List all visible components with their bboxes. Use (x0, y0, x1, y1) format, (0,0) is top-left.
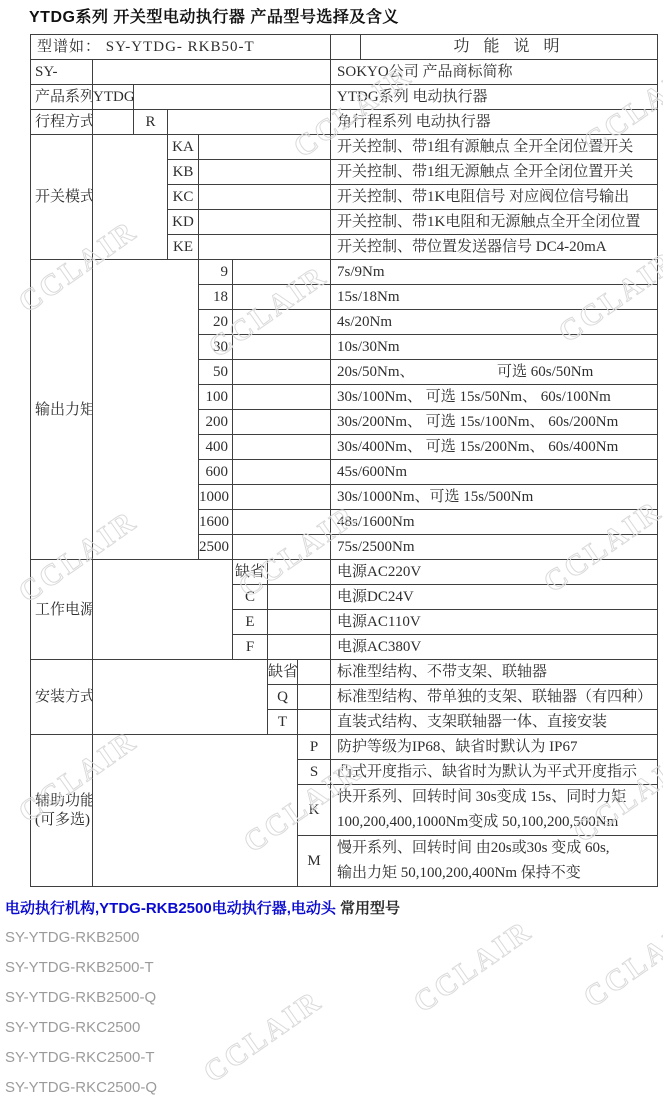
empty-cell (233, 335, 331, 360)
description-cell: 直装式结构、支架联轴器一体、直接安装 (331, 710, 658, 735)
code-cell: S (298, 760, 331, 785)
model-list-item: SY-YTDG-RKC2500-Q (5, 1073, 157, 1102)
page-title: YTDG系列 开关型电动执行器 产品型号选择及含义 (29, 4, 399, 27)
code-cell: 200 (199, 410, 233, 435)
empty-cell (298, 660, 331, 685)
empty-cell (233, 260, 331, 285)
empty-cell (168, 110, 331, 135)
empty-cell (233, 510, 331, 535)
empty-cell (268, 560, 331, 585)
watermark-text: CCLAIR (408, 914, 539, 1020)
category-cell: 输出力矩 (31, 260, 93, 560)
description-cell: 标准型结构、不带支架、联轴器 (331, 660, 658, 685)
description-line-1: 快开系列、回转时间 30s变成 15s、同时力矩 (337, 785, 657, 810)
category-cell: 工作电源 (31, 560, 93, 660)
code-cell: R (134, 110, 168, 135)
empty-cell (93, 110, 134, 135)
code-cell: 1600 (199, 510, 233, 535)
category-cell: 产品系列 (31, 85, 93, 110)
empty-cell (298, 685, 331, 710)
model-list: SY-YTDG-RKB2500 SY-YTDG-RKB2500-T SY-YTD… (5, 923, 157, 1102)
description-cell: 45s/600Nm (331, 460, 658, 485)
model-list-item: SY-YTDG-RKC2500 (5, 1013, 157, 1043)
category-cell: SY- (31, 60, 93, 85)
code-cell: YTDG (93, 85, 134, 110)
footer-heading: 电动执行机构,YTDG-RKB2500电动执行器,电动头 常用型号 (5, 897, 400, 918)
description-cell: YTDG系列 电动执行器 (331, 85, 658, 110)
code-cell: E (233, 610, 268, 635)
description-cell: 75s/2500Nm (331, 535, 658, 560)
empty-cell (134, 85, 331, 110)
description-cell: 电源AC220V (331, 560, 658, 585)
empty-cell (268, 635, 331, 660)
category-label-2: (可多选) (35, 811, 92, 830)
description-cell: 4s/20Nm (331, 310, 658, 335)
empty-cell (199, 185, 331, 210)
code-cell: C (233, 585, 268, 610)
model-list-item: SY-YTDG-RKB2500 (5, 923, 157, 953)
empty-cell (199, 135, 331, 160)
footer-keywords-link[interactable]: 电动执行机构,YTDG-RKB2500电动执行器,电动头 (5, 900, 336, 917)
code-cell: 600 (199, 460, 233, 485)
empty-cell (233, 535, 331, 560)
description-cell: 电源AC110V (331, 610, 658, 635)
code-cell: P (298, 735, 331, 760)
watermark-text: CCLAIR (578, 909, 663, 1015)
model-list-item: SY-YTDG-RKC2500-T (5, 1043, 157, 1073)
empty-cell (233, 360, 331, 385)
description-cell: 开关控制、带1组有源触点 全开全闭位置开关 (331, 135, 658, 160)
description-line-2: 100,200,400,1000Nm变成 50,100,200,500Nm (337, 810, 657, 835)
empty-cell (93, 660, 268, 735)
category-cell: 开关模式 (31, 135, 93, 260)
description-cell: 30s/200Nm、 可选 15s/100Nm、 60s/200Nm (331, 410, 658, 435)
code-cell: 50 (199, 360, 233, 385)
description-cell: 标准型结构、带单独的支架、联轴器（有四种） (331, 685, 658, 710)
code-cell: KB (168, 160, 199, 185)
empty-cell (268, 610, 331, 635)
empty-cell (93, 735, 298, 887)
model-list-item: SY-YTDG-RKB2500-T (5, 953, 157, 983)
header-model-example: 型谱如： SY-YTDG- RKB50-T (31, 35, 331, 60)
description-cell: 开关控制、带1组无源触点 全开全闭位置开关 (331, 160, 658, 185)
empty-cell (233, 385, 331, 410)
description-cell: SOKYO公司 产品商标简称 (331, 60, 658, 85)
code-cell: KA (168, 135, 199, 160)
category-cell: 行程方式 (31, 110, 93, 135)
code-cell: 18 (199, 285, 233, 310)
description-cell: 快开系列、回转时间 30s变成 15s、同时力矩100,200,400,1000… (331, 785, 658, 836)
footer-heading-suffix: 常用型号 (336, 900, 400, 917)
code-cell: M (298, 836, 331, 887)
description-cell: 开关控制、带1K电阻信号 对应阀位信号输出 (331, 185, 658, 210)
description-cell: 慢开系列、回转时间 由20s或30s 变成 60s,输出力矩 50,100,20… (331, 836, 658, 887)
empty-cell (93, 260, 199, 560)
description-cell: 30s/400Nm、 可选 15s/200Nm、 60s/400Nm (331, 435, 658, 460)
code-cell: 缺省 (268, 660, 298, 685)
code-cell: KC (168, 185, 199, 210)
code-cell: 400 (199, 435, 233, 460)
category-cell: 安装方式 (31, 660, 93, 735)
empty-cell (93, 560, 233, 660)
description-cell: 角行程系列 电动执行器 (331, 110, 658, 135)
code-cell: KE (168, 235, 199, 260)
empty-cell (199, 235, 331, 260)
description-cell: 20s/50Nm、 可选 60s/50Nm (331, 360, 658, 385)
description-cell: 7s/9Nm (331, 260, 658, 285)
model-list-item: SY-YTDG-RKB2500-Q (5, 983, 157, 1013)
description-cell: 15s/18Nm (331, 285, 658, 310)
code-cell: 20 (199, 310, 233, 335)
empty-cell (233, 410, 331, 435)
empty-cell (93, 135, 168, 260)
header-spacer-cell (331, 35, 361, 60)
empty-cell (268, 585, 331, 610)
empty-cell (298, 710, 331, 735)
description-cell: 30s/100Nm、 可选 15s/50Nm、 60s/100Nm (331, 385, 658, 410)
empty-cell (233, 460, 331, 485)
code-cell: 2500 (199, 535, 233, 560)
empty-cell (199, 210, 331, 235)
empty-cell (233, 485, 331, 510)
code-cell: T (268, 710, 298, 735)
description-cell: 开关控制、带位置发送器信号 DC4-20mA (331, 235, 658, 260)
category-cell: 辅助功能(可多选) (31, 735, 93, 887)
watermark-text: CCLAIR (198, 984, 329, 1090)
description-cell: 凸式开度指示、缺省时为默认为平式开度指示 (331, 760, 658, 785)
code-cell: KD (168, 210, 199, 235)
code-cell: 30 (199, 335, 233, 360)
empty-cell (93, 60, 331, 85)
description-cell: 防护等级为IP68、缺省时默认为 IP67 (331, 735, 658, 760)
empty-cell (233, 435, 331, 460)
empty-cell (199, 160, 331, 185)
code-cell: K (298, 785, 331, 836)
description-line-1: 慢开系列、回转时间 由20s或30s 变成 60s, (337, 836, 657, 861)
description-cell: 开关控制、带1K电阻和无源触点全开全闭位置 (331, 210, 658, 235)
description-cell: 48s/1600Nm (331, 510, 658, 535)
description-line-2: 输出力矩 50,100,200,400Nm 保持不变 (337, 861, 657, 886)
description-cell: 30s/1000Nm、可选 15s/500Nm (331, 485, 658, 510)
code-cell: 缺省 (233, 560, 268, 585)
description-cell: 10s/30Nm (331, 335, 658, 360)
model-selection-table: 型谱如： SY-YTDG- RKB50-T功 能 说 明SY-SOKYO公司 产… (30, 34, 658, 887)
code-cell: F (233, 635, 268, 660)
description-cell: 电源DC24V (331, 585, 658, 610)
category-label: 辅助功能 (35, 792, 92, 811)
description-cell: 电源AC380V (331, 635, 658, 660)
code-cell: Q (268, 685, 298, 710)
empty-cell (233, 285, 331, 310)
code-cell: 100 (199, 385, 233, 410)
code-cell: 1000 (199, 485, 233, 510)
header-function-label: 功 能 说 明 (361, 35, 658, 60)
empty-cell (233, 310, 331, 335)
code-cell: 9 (199, 260, 233, 285)
